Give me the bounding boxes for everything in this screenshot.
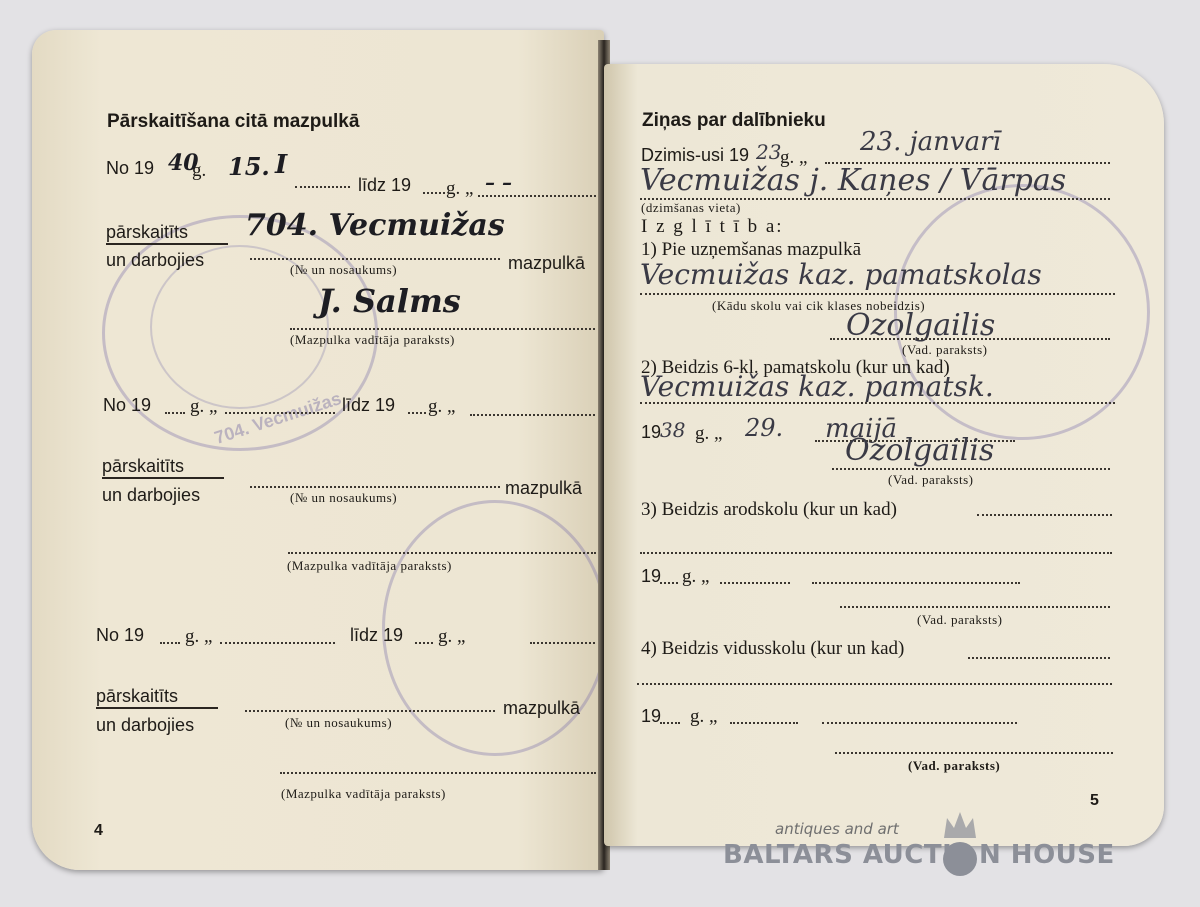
dotted-line — [250, 486, 500, 488]
signature-caption: (Mazpulka vadītāja paraksts) — [290, 332, 455, 348]
number-name-caption: (№ un nosaukums) — [285, 715, 392, 731]
dotted-line — [423, 192, 445, 194]
dotted-line — [812, 582, 1020, 584]
dotted-line — [637, 683, 1112, 685]
education-heading: I z g l ī t ī b a: — [641, 216, 784, 238]
g-label: g. „ — [446, 178, 473, 200]
dotted-line — [660, 582, 678, 584]
g-label: g. „ — [190, 396, 217, 418]
signature-caption: (Vad. paraksts) — [908, 758, 1000, 774]
dotted-line — [290, 328, 595, 330]
number-name-caption: (№ un nosaukums) — [290, 490, 397, 506]
signature-caption: (Vad. paraksts) — [888, 472, 973, 488]
transferred-label: pārskaitīts — [102, 456, 224, 479]
dotted-line — [220, 642, 335, 644]
dotted-line — [832, 468, 1110, 470]
handwritten-school: Vecmuižas kaz. pamatsk. — [640, 370, 994, 403]
dotted-line — [478, 195, 596, 197]
watermark-tagline: antiques and art — [775, 820, 899, 838]
dotted-line — [835, 752, 1113, 754]
handwritten-month: I — [275, 150, 287, 180]
g-label: g. „ — [185, 626, 212, 648]
handwritten-school: Vecmuižas kaz. pamatskolas — [640, 258, 1042, 291]
dotted-line — [530, 642, 595, 644]
birthplace-caption: (dzimšanas vieta) — [641, 200, 741, 216]
from-label: No 19 — [103, 395, 151, 416]
dotted-line — [822, 722, 1017, 724]
worked-label: un darbojies — [96, 715, 194, 736]
signature-caption: (Vad. paraksts) — [917, 612, 1002, 628]
g-label: g. „ — [682, 566, 709, 588]
handwritten-signature: Ozolgailis — [845, 433, 994, 468]
dotted-line — [660, 722, 680, 724]
dotted-line — [225, 412, 335, 414]
year-prefix: 19 — [641, 566, 661, 587]
number-name-caption: (№ un nosaukums) — [290, 262, 397, 278]
page-number: 5 — [1090, 792, 1099, 810]
signature-caption: (Vad. paraksts) — [902, 342, 987, 358]
g-label: g. „ — [428, 396, 455, 418]
signature-caption: (Mazpulka vadītāja paraksts) — [281, 786, 446, 802]
dotted-line — [288, 552, 596, 554]
club-suffix: mazpulkā — [503, 698, 580, 719]
page-title: Ziņas par dalībnieku — [642, 110, 826, 132]
watermark-name-start: BALTARS AUCTI — [723, 840, 952, 870]
until-label: līdz 19 — [350, 625, 403, 646]
dotted-line — [720, 582, 790, 584]
g-label: g. — [192, 160, 206, 182]
watermark-o-icon — [943, 842, 977, 876]
dotted-line — [245, 710, 495, 712]
handwritten-year: 38 — [660, 418, 685, 442]
dotted-line — [160, 642, 180, 644]
left-page: 704. Vecmuižas — [32, 30, 604, 870]
handwritten-birth-year: 23 — [756, 140, 781, 164]
g-label: g. „ — [690, 706, 717, 728]
club-suffix: mazpulkā — [505, 478, 582, 499]
worked-label: un darbojies — [102, 485, 200, 506]
watermark-name-end: N HOUSE — [979, 840, 1115, 870]
dotted-line — [830, 338, 1110, 340]
from-label: No 19 — [106, 158, 154, 179]
dotted-line — [250, 258, 500, 260]
dotted-line — [408, 412, 426, 414]
year-prefix: 19 — [641, 422, 661, 443]
until-label: līdz 19 — [358, 175, 411, 196]
dotted-line — [968, 657, 1110, 659]
dotted-line — [470, 414, 595, 416]
dotted-line — [640, 402, 1115, 404]
handwritten-signature: J. Salms — [318, 282, 461, 320]
section-label: 3) Beidzis arodskolu (kur un kad) — [641, 499, 897, 521]
dotted-line — [415, 642, 433, 644]
worked-label: un darbojies — [106, 250, 204, 271]
g-label: g. „ — [438, 626, 465, 648]
dotted-line — [730, 722, 798, 724]
page-title: Pārskaitīšana citā mazpulkā — [107, 111, 359, 133]
year-prefix: 19 — [641, 706, 661, 727]
dotted-line — [640, 552, 1112, 554]
handwritten-dash: – – — [485, 170, 512, 194]
dotted-line — [977, 514, 1112, 516]
handwritten-club: 704. Vecmuižas — [245, 208, 505, 243]
transferred-label: pārskaitīts — [96, 686, 218, 709]
club-suffix: mazpulkā — [508, 253, 585, 274]
signature-caption: (Mazpulka vadītāja paraksts) — [287, 558, 452, 574]
g-label: g. „ — [695, 423, 722, 445]
handwritten-birthplace: Vecmuižas j. Kaņes / Vārpas — [640, 163, 1066, 198]
dotted-line — [165, 412, 185, 414]
page-number: 4 — [94, 822, 103, 840]
crown-icon — [942, 810, 978, 840]
section-label: 4) Beidzis vidusskolu (kur un kad) — [641, 638, 904, 660]
handwritten-day: 15. — [228, 152, 270, 181]
from-label: No 19 — [96, 625, 144, 646]
dotted-line — [295, 186, 350, 188]
dotted-line — [280, 772, 596, 774]
dotted-line — [840, 606, 1110, 608]
until-label: līdz 19 — [342, 395, 395, 416]
handwritten-birth-date: 23. janvarī — [860, 127, 1001, 157]
dotted-line — [640, 293, 1115, 295]
transferred-label: pārskaitīts — [106, 222, 228, 245]
handwritten-day: 29. — [745, 414, 783, 442]
